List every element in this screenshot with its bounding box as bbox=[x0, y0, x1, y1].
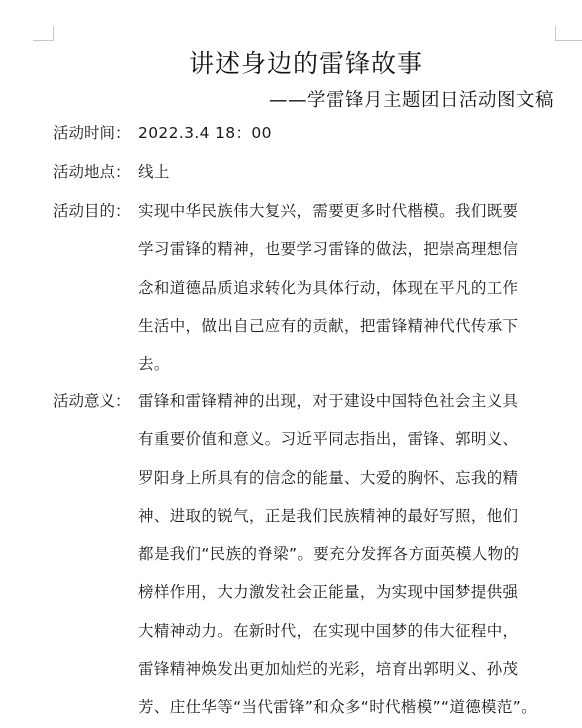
text-line: 雷锋精神焕发出更加灿烂的光彩，培育出郭明义、孙茂 bbox=[138, 650, 568, 688]
text-line: 雷锋和雷锋精神的出现，对于建设中国特色社会主义具 bbox=[138, 382, 568, 420]
field-value: 实现中华民族伟大复兴，需要更多时代楷模。我们既要 学习雷锋的精神，也要学习雷锋的… bbox=[138, 192, 568, 383]
text-line: 学习雷锋的精神，也要学习雷锋的做法，把崇高理想信 bbox=[138, 230, 568, 268]
text-line: 芳、庄仕华等“当代雷锋”和众多“时代楷模”“道德模范”。 bbox=[138, 688, 568, 726]
text-line: 去。 bbox=[138, 345, 568, 383]
text-line: 生活中，做出自己应有的贡献，把雷锋精神代代传承下 bbox=[138, 307, 568, 345]
field-value: 线上 bbox=[138, 153, 568, 191]
field-label: 活动地点： bbox=[53, 153, 138, 191]
field-activity-location: 活动地点： 线上 bbox=[53, 153, 568, 191]
text-line: 2022.3.4 18：00 bbox=[138, 114, 568, 152]
text-line: 线上 bbox=[138, 153, 568, 191]
field-value: 2022.3.4 18：00 bbox=[138, 114, 568, 152]
field-label: 活动时间： bbox=[53, 114, 138, 152]
field-activity-significance: 活动意义： 雷锋和雷锋精神的出现，对于建设中国特色社会主义具 有重要价值和意义。… bbox=[53, 382, 568, 727]
document-subtitle: ——学雷锋月主题团日活动图文稿 bbox=[269, 86, 554, 112]
page-corner-mark-left bbox=[33, 26, 54, 41]
field-label: 活动目的： bbox=[53, 192, 138, 383]
field-label: 活动意义： bbox=[53, 382, 138, 727]
text-line: 实现中华民族伟大复兴，需要更多时代楷模。我们既要 bbox=[138, 192, 568, 230]
field-value: 雷锋和雷锋精神的出现，对于建设中国特色社会主义具 有重要价值和意义。习近平同志指… bbox=[138, 382, 568, 727]
text-line: 念和道德品质追求转化为具体行动，体现在平凡的工作 bbox=[138, 269, 568, 307]
text-line: 神、进取的锐气，正是我们民族精神的最好写照，他们 bbox=[138, 497, 568, 535]
text-line: 榜样作用，大力激发社会正能量，为实现中国梦提供强 bbox=[138, 573, 568, 611]
text-line: 大精神动力。在新时代，在实现中国梦的伟大征程中， bbox=[138, 612, 568, 650]
text-line: 罗阳身上所具有的信念的能量、大爱的胸怀、忘我的精 bbox=[138, 459, 568, 497]
text-line: 都是我们“民族的脊梁”。要充分发挥各方面英模人物的 bbox=[138, 535, 568, 573]
field-activity-time: 活动时间： 2022.3.4 18：00 bbox=[53, 114, 568, 152]
document-title: 讲述身边的雷锋故事 bbox=[0, 44, 582, 80]
page-corner-mark-right bbox=[555, 26, 582, 41]
field-activity-purpose: 活动目的： 实现中华民族伟大复兴，需要更多时代楷模。我们既要 学习雷锋的精神，也… bbox=[53, 192, 568, 383]
text-line: 有重要价值和意义。习近平同志指出，雷锋、郭明义、 bbox=[138, 420, 568, 458]
